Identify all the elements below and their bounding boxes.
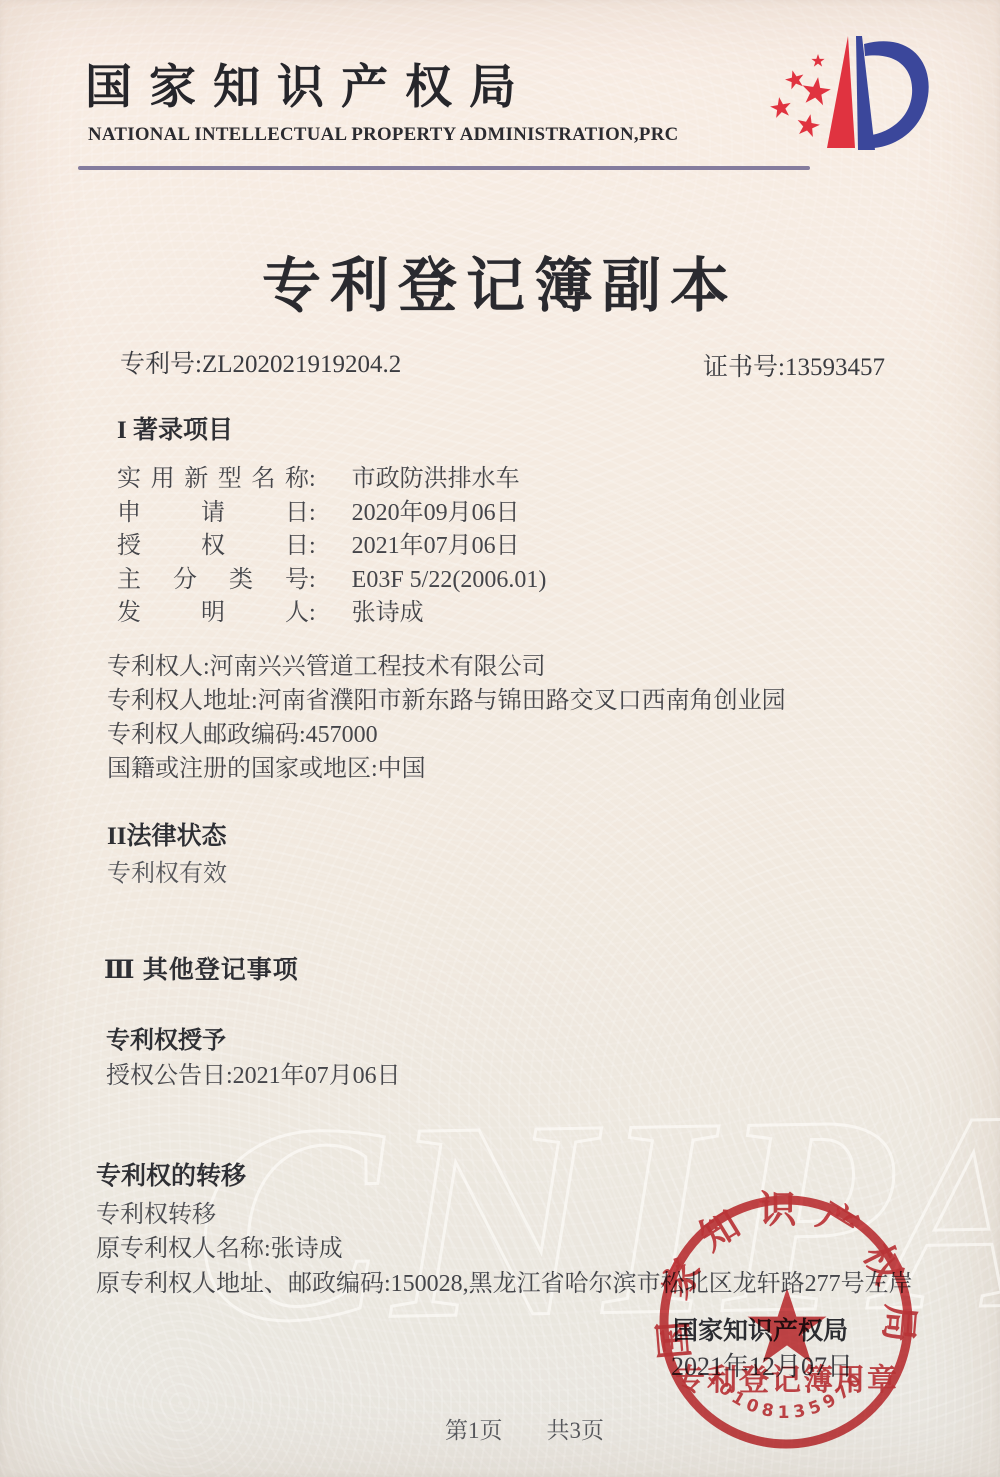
cnipa-logo-icon [768,16,968,166]
section3-heading: Ⅲ 其他登记事项 [104,950,299,986]
bib-row-classification: 主分类号:E03F 5/22(2006.01) [117,559,546,593]
section2-heading: II法律状态 [107,816,226,852]
section1-heading: I 著录项目 [117,410,233,446]
bib-value: 2021年07月06日 [352,533,520,559]
bib-label: 发明人 [117,592,309,627]
bib-value: 2020年09月06日 [352,500,520,526]
holder-name-line: 专利权人:河南兴兴管道工程技术有限公司 [107,650,786,684]
former-holder-name: 原专利权人名称:张诗成 [96,1228,343,1263]
seal-star-icon [748,1288,827,1363]
patent-register-page: CNIPA 国家知识产权局 NATIONAL INTELLECTUAL PROP… [0,0,1000,1477]
grant-publication-date: 授权公告日:2021年07月06日 [106,1055,401,1090]
bib-label: 实用新型名称 [117,458,309,493]
agency-name-en: NATIONAL INTELLECTUAL PROPERTY ADMINISTR… [88,124,678,146]
bib-label: 申请日 [117,492,309,527]
header-divider [78,166,810,170]
document-title: 专利登记簿副本 [0,238,1000,323]
bib-row-filing-date: 申请日:2020年09月06日 [117,492,546,526]
legal-status: 专利权有效 [107,853,227,888]
bib-row-inventor: 发明人:张诗成 [117,592,546,626]
holder-address-line: 专利权人地址:河南省濮阳市新东路与锦田路交叉口西南角创业园 [107,684,786,718]
bib-row-grant-date: 授权日:2021年07月06日 [117,525,546,559]
bib-value: 张诗成 [352,600,424,626]
grant-subheading: 专利权授予 [106,1020,226,1055]
patent-number: 专利号:ZL202021919204.2 [120,344,401,380]
page-footer: 第1页共3页 [445,1412,604,1445]
certificate-number: 证书号:13593457 [703,347,885,383]
bib-value: E03F 5/22(2006.01) [352,567,547,593]
bib-label: 授权日 [117,525,309,560]
page-number: 第1页 [445,1418,503,1443]
bib-label: 主分类号 [117,559,309,594]
transfer-type: 专利权转移 [96,1194,216,1229]
patent-holder-block: 专利权人:河南兴兴管道工程技术有限公司 专利权人地址:河南省濮阳市新东路与锦田路… [107,650,786,786]
agency-name-cn: 国家知识产权局 [85,50,533,117]
bib-row-name: 实用新型名称:市政防洪排水车 [117,458,546,492]
official-red-seal: 国家知识产权局 专利登记簿用章 1101081359700 [646,1182,926,1462]
transfer-subheading: 专利权的转移 [96,1156,246,1192]
bib-value: 市政防洪排水车 [352,466,520,492]
holder-postcode-line: 专利权人邮政编码:457000 [107,718,786,752]
bibliographic-table: 实用新型名称:市政防洪排水车 申请日:2020年09月06日 授权日:2021年… [117,458,546,626]
total-pages: 共3页 [547,1418,605,1443]
holder-nationality-line: 国籍或注册的国家或地区:中国 [107,752,786,786]
